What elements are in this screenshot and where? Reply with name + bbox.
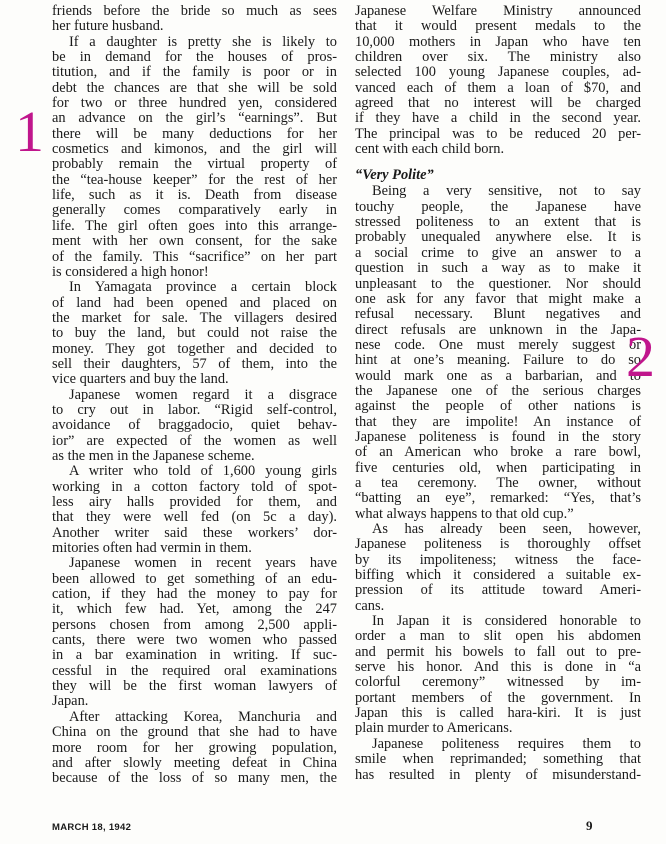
text-line: cans. (355, 599, 641, 614)
text-line: the Japanese one of the serious charges (355, 384, 641, 399)
text-line: colorful ceremony” witnessed by im- (355, 675, 641, 690)
left-column: friends before the bride so much as sees… (52, 4, 337, 787)
text-line: hint at one’s meaning. Failure to do so (355, 353, 641, 368)
text-line: generally comes comparatively early in (52, 203, 337, 218)
text-line: direct refusals are unknown in the Japa- (355, 323, 641, 338)
text-line: of an American who broke a rare bowl, (355, 445, 641, 460)
text-line: ment with her own consent, for the sake (52, 234, 337, 249)
text-line: portant members of the government. In (355, 691, 641, 706)
text-line: Japanese Welfare Ministry announced (355, 4, 641, 19)
text-line: that it would present medals to the (355, 19, 641, 34)
text-line: cosmetics and kimonos, and the girl will (52, 142, 337, 157)
text-line: as the men in the Japanese scheme. (52, 449, 337, 464)
magazine-page: friends before the bride so much as sees… (0, 0, 666, 844)
text-line: the market for sale. The villagers desir… (52, 311, 337, 326)
text-line: friends before the bride so much as sees (52, 4, 337, 19)
text-line: of land had been opened and placed on (52, 296, 337, 311)
text-line: cants, there were two women who passed (52, 633, 337, 648)
text-line: persons chosen from among 2,500 appli- (52, 618, 337, 633)
text-line: cation, if they had the money to pay for (52, 587, 337, 602)
text-line: Being a very sensitive, not to say (355, 184, 641, 199)
text-line: five centuries old, when participating i… (355, 461, 641, 476)
text-line: debt the chances are that she will be so… (52, 81, 337, 96)
text-line: As has already been seen, however, (355, 522, 641, 537)
annotation-marker-2: 2 (626, 328, 655, 386)
text-line: stressed politeness to an extent that is (355, 215, 641, 230)
paragraph: Being a very sensitive, not to saytouchy… (355, 184, 641, 522)
text-line: sell their daughters, 57 of them, into t… (52, 357, 337, 372)
text-line: and after slowly meeting defeat in China (52, 756, 337, 771)
text-line: if they have a child in the second year. (355, 111, 641, 126)
text-line: a tea ceremony. The owner, without (355, 476, 641, 491)
paragraph: In Japan it is considered honorable toor… (355, 614, 641, 737)
text-line: her future husband. (52, 19, 337, 34)
paragraph: In Yamagata province a certain blockof l… (52, 280, 337, 387)
text-line: touchy people, the Japanese have (355, 200, 641, 215)
text-line: vice quarters and buy the land. (52, 372, 337, 387)
text-line: biffing which it considered a suitable e… (355, 568, 641, 583)
text-line: avoidance of braggadocio, quiet behav- (52, 418, 337, 433)
text-line: working in a cotton factory told of spot… (52, 480, 337, 495)
text-line: If a daughter is pretty she is likely to (52, 35, 337, 50)
text-line: there will be many deductions for her (52, 127, 337, 142)
text-line: question in such a way as to make it (355, 261, 641, 276)
text-line: cent with each child born. (355, 142, 641, 157)
text-line: order a man to slit open his abdomen (355, 629, 641, 644)
text-line: China on the ground that she had to have (52, 725, 337, 740)
text-line: money. They got together and decided to (52, 342, 337, 357)
text-line: smile when reprimanded; something that (355, 752, 641, 767)
text-line: Japan this is called hara-kiri. It is ju… (355, 706, 641, 721)
text-line: is considered a high honor! (52, 265, 337, 280)
text-line: In Yamagata province a certain block (52, 280, 337, 295)
annotation-marker-1: 1 (15, 103, 44, 161)
text-line: pression of its attitude toward Ameri- (355, 583, 641, 598)
text-line: Japanese politeness is thoroughly offset (355, 537, 641, 552)
text-line: probably remain the virtual property of (52, 157, 337, 172)
text-line: has resulted in plenty of misunderstand- (355, 768, 641, 783)
text-line: In Japan it is considered honorable to (355, 614, 641, 629)
text-line: children over six. The ministry also (355, 50, 641, 65)
text-line: been allowed to get something of an edu- (52, 572, 337, 587)
text-line: ior” are expected of the women as well (52, 434, 337, 449)
text-line: for two or three hundred yen, considered (52, 96, 337, 111)
section-subheading: “Very Polite” (355, 163, 641, 183)
text-line: cessful in the required oral examination… (52, 664, 337, 679)
text-line: “batting an eye”, remarked: “Yes, that’s (355, 491, 641, 506)
issue-date: MARCH 18, 1942 (52, 822, 131, 833)
text-line: that they were well fed (on 5c a day). (52, 510, 337, 525)
text-line: would mark one as a barbarian, and to (355, 369, 641, 384)
text-line: it, which few had. Yet, among the 247 (52, 602, 337, 617)
paragraph: Japanese politeness requires them tosmil… (355, 737, 641, 783)
text-line: Japanese politeness requires them to (355, 737, 641, 752)
text-line: by its impoliteness; witness the face- (355, 553, 641, 568)
text-line: more room for her growing population, (52, 741, 337, 756)
paragraph: Japanese women regard it a disgraceto cr… (52, 388, 337, 465)
text-line: vanced each of them a loan of $70, and (355, 81, 641, 96)
text-line: The principal was to be reduced 20 per- (355, 127, 641, 142)
text-line: against the people of other nations is (355, 399, 641, 414)
text-line: to buy the land, but could not raise the (52, 326, 337, 341)
text-line: of the family. This “sacrifice” on her p… (52, 250, 337, 265)
text-line: nese code. One must merely suggest or (355, 338, 641, 353)
text-line: Japanese women regard it a disgrace (52, 388, 337, 403)
paragraph: A writer who told of 1,600 young girlswo… (52, 464, 337, 556)
paragraph: friends before the bride so much as sees… (52, 4, 337, 35)
paragraph: If a daughter is pretty she is likely to… (52, 35, 337, 281)
text-line: unpleasant to the questioner. Nor should (355, 277, 641, 292)
text-line: less airy halls provided for them, and (52, 495, 337, 510)
text-line: After attacking Korea, Manchuria and (52, 710, 337, 725)
text-line: the “tea-house keeper” for the rest of h… (52, 173, 337, 188)
paragraph: Japanese Welfare Ministry announcedthat … (355, 4, 641, 157)
text-line: serve his honor. And this is done in “a (355, 660, 641, 675)
page-number: 9 (586, 818, 593, 834)
text-line: probably unequaled anywhere else. It is (355, 230, 641, 245)
text-line: that they are impolite! An instance of (355, 415, 641, 430)
text-line: A writer who told of 1,600 young girls (52, 464, 337, 479)
text-line: selected 100 young Japanese couples, ad- (355, 65, 641, 80)
text-line: life, such as it is. Death from disease (52, 188, 337, 203)
text-line: they will be the first woman lawyers of (52, 679, 337, 694)
text-line: mitories often had vermin in them. (52, 541, 337, 556)
text-line: because of the loss of so many men, the (52, 771, 337, 786)
text-line: and permit his bowels to fall out to pre… (355, 645, 641, 660)
text-line: plain murder to Americans. (355, 721, 641, 736)
text-line: Japanese women in recent years have (52, 556, 337, 571)
paragraph: After attacking Korea, Manchuria andChin… (52, 710, 337, 787)
text-line: what always happens to that old cup.” (355, 507, 641, 522)
text-line: titution, and if the family is poor or i… (52, 65, 337, 80)
text-line: in a bar examination in writing. If suc- (52, 648, 337, 663)
text-line: to cry out in labor. “Rigid self-control… (52, 403, 337, 418)
text-line: Japanese politeness is found in the stor… (355, 430, 641, 445)
text-line: refusal necessary. Blunt negatives and (355, 307, 641, 322)
text-line: a social crime to give an answer to a (355, 246, 641, 261)
paragraph: As has already been seen, however,Japane… (355, 522, 641, 614)
text-line: Another writer said these workers’ dor- (52, 526, 337, 541)
text-line: one ask for any favor that might make a (355, 292, 641, 307)
paragraph: Japanese women in recent years havebeen … (52, 556, 337, 709)
text-line: agreed that no interest will be charged (355, 96, 641, 111)
text-line: Japan. (52, 694, 337, 709)
right-column: Japanese Welfare Ministry announcedthat … (355, 4, 641, 783)
text-line: an advance on the girl’s “earnings”. But (52, 111, 337, 126)
text-line: 10,000 mothers in Japan who have ten (355, 35, 641, 50)
text-line: be in demand for the houses of pros- (52, 50, 337, 65)
text-line: life. The girl often goes into this arra… (52, 219, 337, 234)
